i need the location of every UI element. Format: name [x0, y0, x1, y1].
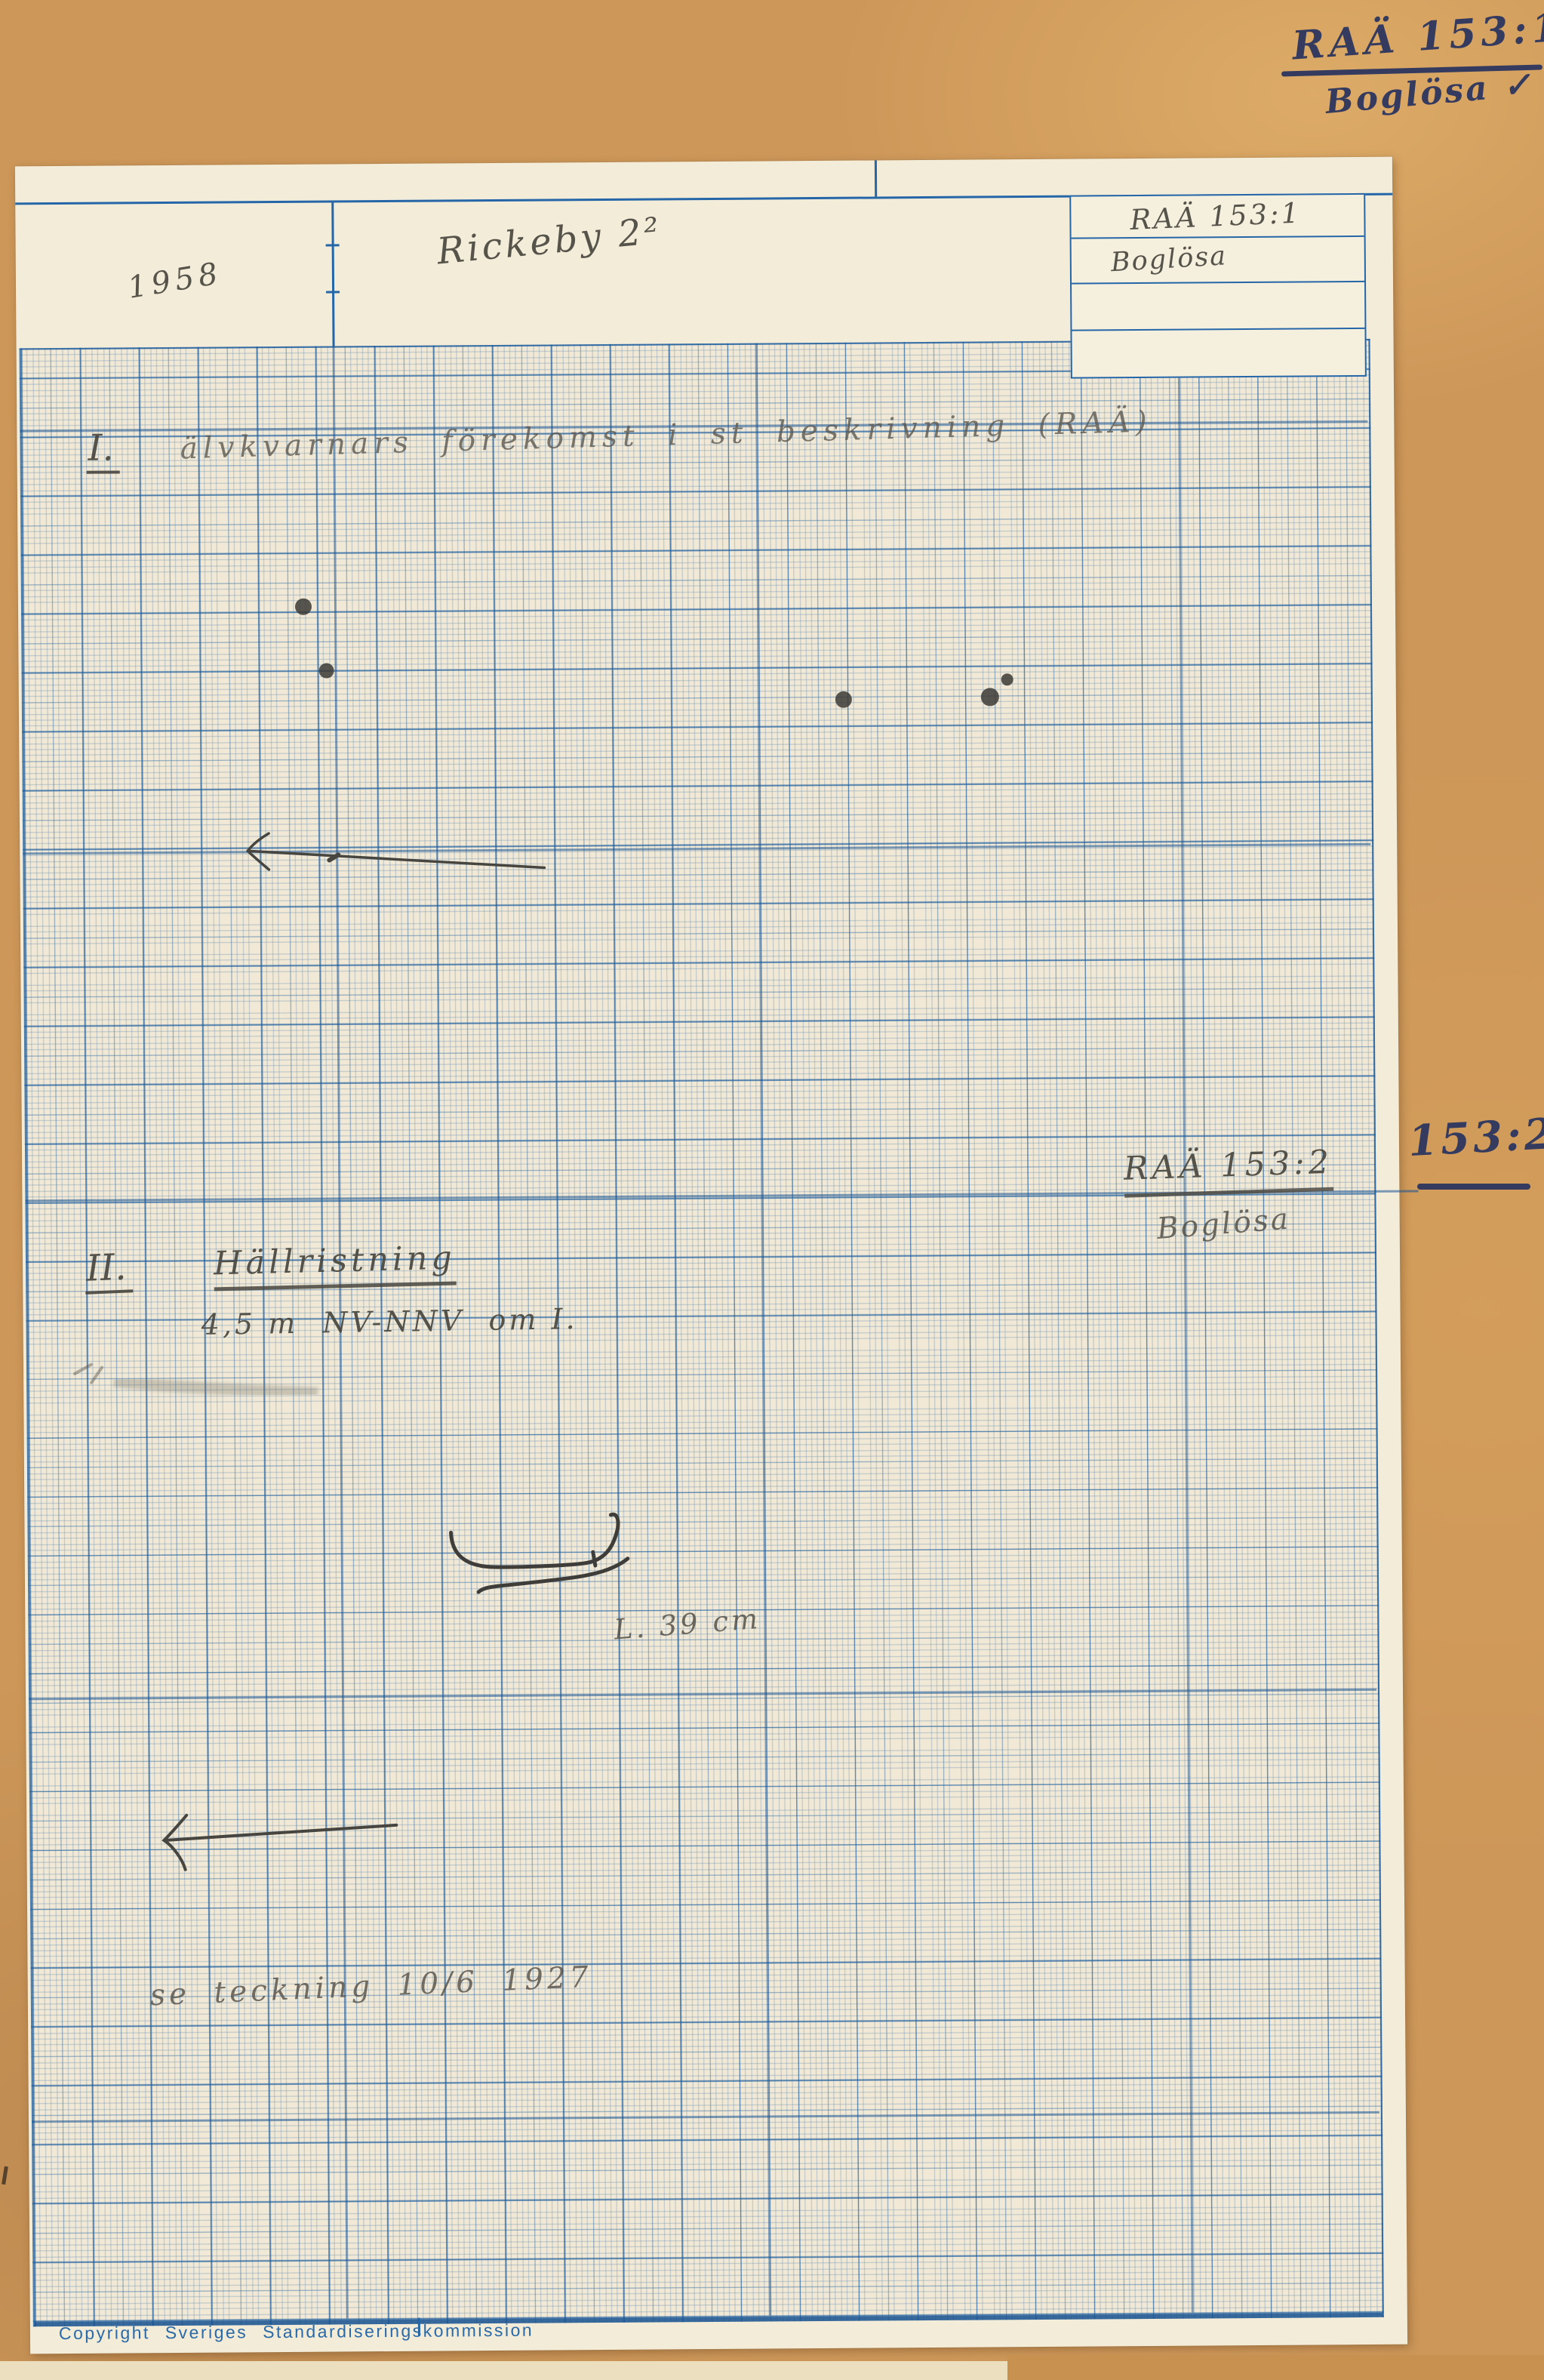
feature2-ref-number: RAÄ 153:2	[1123, 1144, 1333, 1198]
feature2-position-note: 4,5 m NV-NNV om I.	[201, 1302, 578, 1341]
rock-carving-ship-keel-line	[478, 1559, 628, 1592]
cup-mark-dot	[319, 663, 334, 678]
cup-mark-dot	[295, 599, 312, 615]
direction-arrow-icon	[164, 1814, 396, 1870]
board-bottom-edge	[0, 2361, 1007, 2380]
board-side-ref-underline	[1417, 1184, 1530, 1190]
erased-smudge	[75, 1365, 102, 1383]
feature2-heading: Hällristning	[213, 1239, 456, 1292]
board-bottom-edge-right	[1007, 2355, 1544, 2380]
erased-smudge	[114, 1380, 318, 1395]
board-ref-number: RAÄ 153:1	[1290, 5, 1544, 69]
rock-carving-ship-tick	[593, 1552, 595, 1566]
copyright-imprint: Copyright Sveriges Standardiseringskommi…	[59, 2320, 534, 2344]
direction-arrow-icon	[248, 832, 544, 870]
cup-mark-dot	[1001, 673, 1013, 685]
board-side-ref-number: 153:2	[1407, 1109, 1544, 1166]
feature2-numeral: II.	[84, 1245, 134, 1295]
graph-paper-sheet: 1958 Rickeby 2² RAÄ 153:1 Boglösa	[15, 157, 1407, 2354]
cardboard-backing: RAÄ 153:1 Boglösa ✓ 153:2 1958 Rickeby 2…	[0, 0, 1544, 2380]
cup-mark-dot	[835, 691, 852, 708]
cup-mark-dot	[981, 688, 999, 706]
edge-mark	[2, 2166, 8, 2184]
feature1-numeral: I.	[86, 426, 120, 473]
